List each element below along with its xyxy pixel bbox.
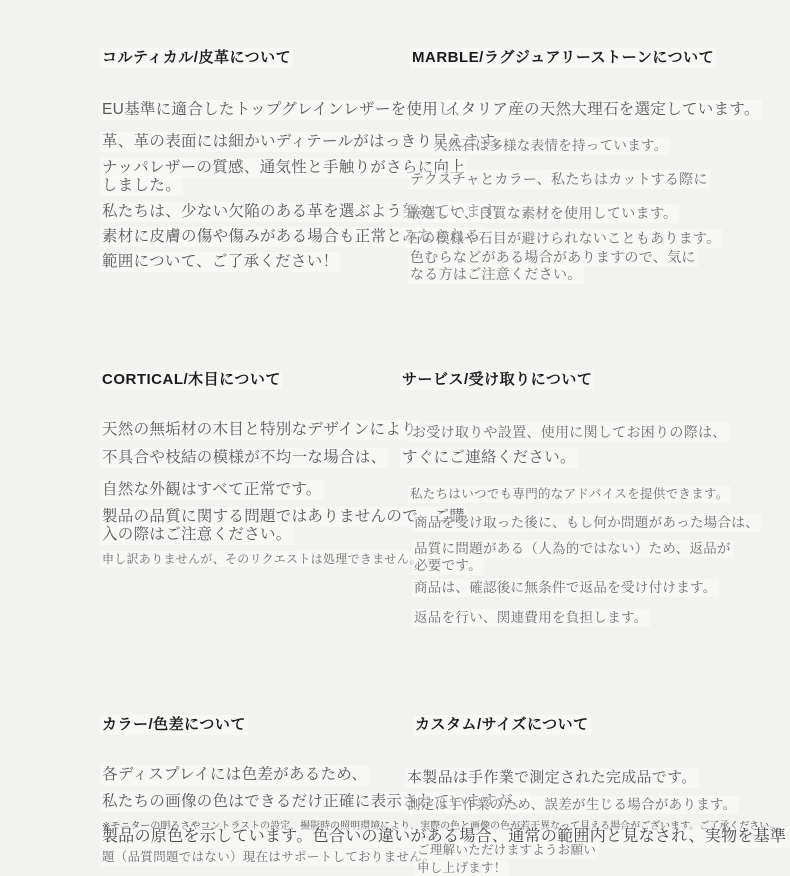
body-text-line: 入の際はご注意ください。	[100, 525, 294, 545]
body-text-line: 範囲について、ご了承ください！	[100, 252, 340, 272]
small-print-line: 題（品質問題ではない）現在はサポートしておりません。	[100, 849, 438, 866]
body-text-line: しました。	[100, 176, 183, 196]
body-text-line: 天然石は多様な表情を持っています。	[432, 137, 670, 155]
body-text-line: すぐにご連絡ください。	[400, 448, 578, 468]
section-heading: カスタム/サイズについて	[413, 715, 591, 735]
body-text-line: 不具合や枝結の模様が不均一な場合は、	[100, 448, 388, 468]
body-text-line: なる方はご注意ください。	[408, 265, 584, 284]
body-text-line: 石の模様や石目が避けられないこともあります。	[405, 229, 722, 248]
body-text-line: お受け取りや設置、使用に関してお困りの際は、	[410, 423, 729, 442]
body-text-line: 厳選して、良質な素材を使用しています。	[405, 204, 679, 223]
section-heading: カラー/色差について	[100, 715, 248, 735]
body-text-line: 測定は手作業のため、誤差が生じる場合があります。	[405, 796, 739, 814]
product-description-page: コルティカル/皮革についてMARBLE/ラグジュアリーストーンについてEU基準に…	[0, 0, 790, 876]
body-text-line: 各ディスプレイには色差があるため、	[100, 765, 369, 785]
body-text-line: EU基準に適合したトップグレインレザーを使用し、	[100, 100, 472, 120]
section-heading: コルティカル/皮革について	[100, 48, 293, 68]
body-text-line: 本製品は手作業で測定された完成品です。	[405, 768, 699, 788]
body-text-line: 自然な外観はすべて正常です。	[100, 480, 324, 500]
body-text-line: 必要です。	[412, 557, 484, 575]
body-text-line: 品質に問題がある（人為的ではない）ため、返品が	[412, 540, 733, 558]
small-print-line: ご理解いただけますようお願い	[415, 842, 598, 859]
section-heading: サービス/受け取りについて	[400, 370, 594, 390]
body-text-line: 返品を行い、関連費用を負担します。	[412, 609, 650, 627]
body-text-line: 色むらなどがある場合がありますので、気に	[408, 248, 698, 267]
section-heading: CORTICAL/木目について	[100, 370, 283, 390]
body-text-line: 商品は、確認後に無条件で返品を受け付けます。	[412, 579, 719, 597]
body-text-line: 商品を受け取った後に、もし何か問題があった場合は、	[412, 514, 761, 532]
small-print-line: 私たちはいつでも専門的なアドバイスを提供できます。	[408, 486, 731, 503]
body-text-line: 天然の無垢材の木目と特別なデザインにより	[100, 420, 419, 440]
body-text-line: イタリア産の天然大理石を選定しています。	[443, 100, 762, 120]
small-print-line: 申し上げます！	[415, 860, 509, 876]
body-text-line: テクスチャとカラー、私たちはカットする際に	[408, 170, 710, 189]
small-print-line: 申し訳ありませんが、そのリクエストは処理できません。	[100, 551, 424, 567]
section-heading: MARBLE/ラグジュアリーストーンについて	[410, 48, 716, 68]
